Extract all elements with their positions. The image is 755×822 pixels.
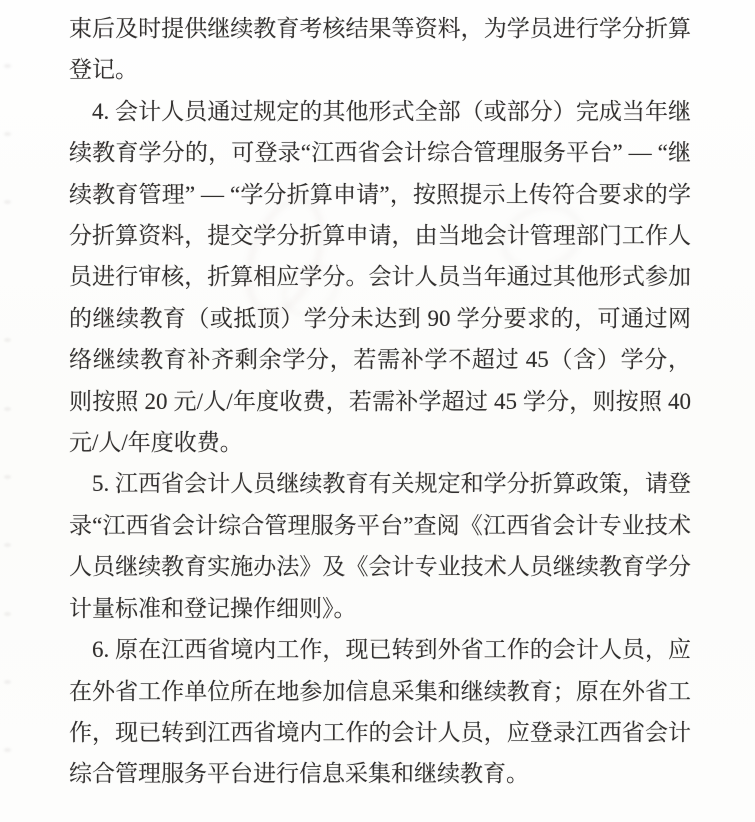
scan-edge-speck — [4, 200, 11, 204]
paragraph-item-4: 4. 会计人员通过规定的其他形式全部（或部分）完成当年继续教育学分的，可登录“江… — [69, 91, 691, 464]
scan-edge-speck — [4, 612, 11, 616]
scan-edge-speck — [4, 475, 11, 479]
scan-edge-speck — [4, 338, 11, 342]
scan-edge-speck — [4, 748, 11, 752]
document-text-block: 束后及时提供继续教育考核结果等资料，为学员进行学分折算登记。 4. 会计人员通过… — [69, 8, 691, 795]
scan-edge-speck — [4, 64, 11, 68]
paragraph-item-6: 6. 原在江西省境内工作，现已转到外省工作的会计人员，应在外省工作单位所在地参加… — [69, 629, 691, 795]
scan-edge-speck — [4, 132, 11, 136]
scanned-document-page: 束后及时提供继续教育考核结果等资料，为学员进行学分折算登记。 4. 会计人员通过… — [0, 0, 755, 822]
paragraph-continuation: 束后及时提供继续教育考核结果等资料，为学员进行学分折算登记。 — [69, 8, 691, 91]
scan-edge-speck — [4, 680, 11, 684]
paragraph-item-5: 5. 江西省会计人员继续教育有关规定和学分折算政策，请登录“江西省会计综合管理服… — [69, 463, 691, 629]
scan-edge-speck — [4, 407, 11, 411]
scan-edge-speck — [4, 543, 11, 547]
